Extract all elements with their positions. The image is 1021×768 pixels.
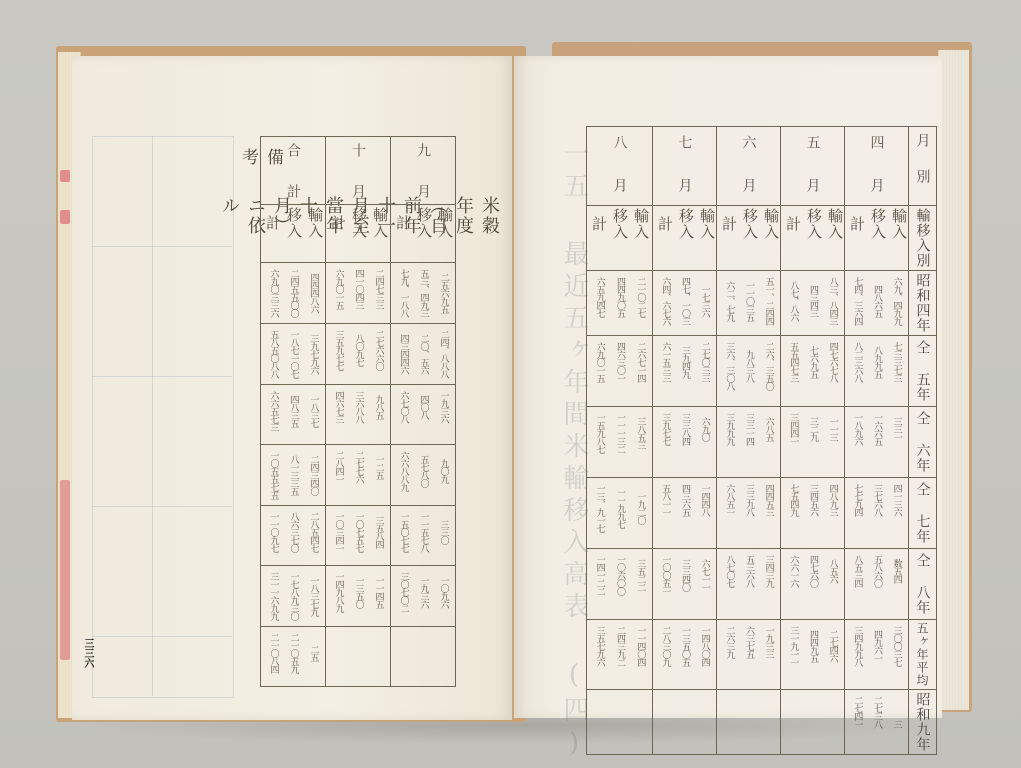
- data-cell: 六七一一三三四〇一〇〇五一: [653, 549, 717, 620]
- data-cell: 三五二二一〇六〇〇一四一二二: [587, 549, 653, 620]
- value-import: 六八五: [764, 413, 773, 445]
- value-transfer: 三三八四: [680, 413, 689, 445]
- subheader: 輸入 移入 計: [326, 205, 391, 263]
- subheader-total: 計: [783, 216, 804, 232]
- value-import: 二七六六〇: [374, 330, 383, 370]
- value-total: 五五四七三: [788, 342, 797, 382]
- data-cell: 一八三七九一七八九三〇三一一六九九: [261, 566, 326, 627]
- value-import: 四一三六: [892, 484, 901, 516]
- header-month-label: 月別: [913, 133, 933, 205]
- value-transfer: 八九九五: [872, 342, 881, 382]
- subheader-total: 計: [328, 215, 349, 231]
- value-transfer: 一八七一〇七: [289, 330, 298, 378]
- bleed-through-line: [92, 636, 232, 637]
- row-label-cell: 仝 七年: [909, 478, 937, 549]
- data-cell: [326, 627, 391, 687]
- value-import: 二六、三五〇: [764, 342, 773, 390]
- subheader-total: 計: [589, 216, 610, 232]
- table-row: 三九七九六一八七一〇七五八五〇八八 二七六六〇八〇九七三五九七七 二四、八八八二…: [261, 324, 456, 385]
- subheader-transfer: 移入: [284, 207, 305, 239]
- value-total: 一三、九一七: [595, 484, 604, 532]
- table-row: 二四三四〇八一三三五一〇五五七五 一二五二七七六二八四一 九〇九五七八〇六六八八…: [261, 445, 456, 506]
- value-transfer: 四六三〇一: [615, 342, 624, 382]
- data-cell: 三四三九五三六八八七〇七: [717, 549, 781, 620]
- data-cell: 三三〇一一五七八一五〇七七: [391, 506, 456, 566]
- subheader-import: 輸入: [305, 207, 326, 239]
- subheader-transfer: 移入: [610, 208, 631, 240]
- data-cell: 二七四六四四九五三一九一一: [781, 620, 845, 690]
- value-import: 三五八四: [374, 512, 383, 552]
- column-header-july: 七月: [653, 127, 717, 206]
- row-label-cell: 昭和九年: [909, 690, 937, 755]
- value-total: 一五九八七: [595, 413, 604, 453]
- value-transfer: 二一〇五九: [289, 633, 298, 673]
- subheader-import: 輸入: [761, 208, 782, 240]
- row-label-cell: 仝 六年: [909, 407, 937, 478]
- data-cell: 二六七一四四六三〇一六九〇一五: [587, 336, 653, 407]
- table-row: 四四四八六二四五五〇〇六九〇三三六 二四七三三四一〇四三六九〇一五 二五六九五五…: [261, 263, 456, 324]
- value-import: 二五: [309, 633, 318, 673]
- data-cell: 七三三七三八九九五八二三六八: [845, 336, 909, 407]
- row-label: 昭和四年: [913, 273, 933, 333]
- value-total: 六一五三三: [660, 342, 669, 382]
- value-transfer: 五七八〇: [419, 451, 428, 491]
- value-import: 一〇九六: [439, 572, 448, 612]
- data-cell: 一〇九六一九三六三〇七〇二: [391, 566, 456, 627]
- row-header-month-label: 月別: [909, 127, 937, 206]
- value-total: 六八五一: [724, 484, 733, 516]
- data-cell: [781, 690, 845, 755]
- value-total: 二一〇八四: [269, 633, 278, 673]
- value-import: 二六七一四: [635, 342, 644, 382]
- subheader-total: 計: [655, 216, 676, 232]
- value-transfer: 一〇六〇〇: [615, 555, 624, 595]
- subheader-import: 輸入: [435, 207, 456, 239]
- value-total: 三四四一: [788, 413, 797, 445]
- value-transfer: 二七三八: [872, 696, 881, 728]
- value-transfer: 五三、四九三: [419, 269, 428, 317]
- value-total: 三一九一一: [788, 626, 797, 666]
- value-transfer: 一〇七五七: [354, 512, 363, 552]
- value-import: 一四八〇四: [700, 626, 709, 666]
- data-cell: 六九、四九九四八六五七四、三六四: [845, 271, 909, 336]
- column-month-suffix: 計: [285, 184, 301, 199]
- table-row: 二八五四七八六三七〇一一〇九七 三五八四一〇七五七一〇三四一 三三〇一一五七八一…: [261, 506, 456, 566]
- value-total: 七七九四: [852, 484, 861, 516]
- row-label: 仝 八年: [913, 553, 933, 615]
- value-transfer: 七六九五: [808, 342, 817, 382]
- value-import: 一八三七: [309, 391, 318, 431]
- value-import: 一四四八: [700, 484, 709, 516]
- value-total: 三四九九八: [852, 626, 861, 666]
- column-month: 八: [612, 135, 628, 150]
- table-row: 一一四〇四二四三九二三五七九六 一四八〇四一三五〇五二八三〇九 一九三三六三七五…: [587, 620, 937, 690]
- subheader-transfer: 移入: [349, 207, 370, 239]
- red-edge-stain: [60, 210, 70, 224]
- value-transfer: 九八三八: [744, 342, 753, 390]
- value-import: 二一〇二七: [635, 277, 644, 317]
- value-total: 一八九六: [852, 413, 861, 445]
- subheader-import: 輸入: [825, 208, 846, 240]
- column-month: 合: [285, 143, 301, 158]
- data-cell: [391, 627, 456, 687]
- column-month: 六: [741, 135, 757, 150]
- column-month-suffix: 月: [350, 184, 366, 199]
- column-header-august: 八月: [587, 127, 653, 206]
- subheader: 輸入 移入 計: [261, 205, 326, 263]
- subheader-total: 計: [393, 215, 414, 231]
- subheader: 輸入移入計: [781, 206, 845, 271]
- value-import: 一九三六: [439, 391, 448, 423]
- red-edge-stain: [60, 170, 70, 182]
- value-import: 三九七九六: [309, 330, 318, 378]
- column-header-october: 十月: [326, 137, 391, 205]
- table-row: 二五二一〇五九二一〇八四: [261, 627, 456, 687]
- data-cell: 三〇〇三七四九六一三四九九八: [845, 620, 909, 690]
- subheader-import: 輸入: [889, 208, 910, 240]
- header-type-label: 輸移入別: [913, 208, 933, 268]
- value-total: 一四一二二: [595, 555, 604, 595]
- value-transfer: 一六六五: [872, 413, 881, 445]
- table-row: 一九二〇一一九九七一三、九一七 一四四八四三六五五八一一 四四五三三三九八六八五…: [587, 478, 937, 549]
- data-cell: 一一三三二九三四四一: [781, 407, 845, 478]
- subheader: 輸入移入計: [845, 206, 909, 271]
- data-cell: 二一〇二七四四九〇五六五九四七: [587, 271, 653, 336]
- data-cell: 三五八四一〇七五七一〇三四一: [326, 506, 391, 566]
- page-number: 三三六: [80, 638, 95, 668]
- data-cell: 九八五三六八八四六七三: [326, 385, 391, 445]
- data-cell: 九〇九五七八〇六六八八九: [391, 445, 456, 506]
- row-label: 昭和九年: [913, 692, 933, 752]
- column-month: 九: [415, 143, 431, 158]
- value-transfer: 一一〇三五: [744, 277, 753, 325]
- value-transfer: 八〇九七: [354, 330, 363, 370]
- value-total: 八七、八六: [788, 277, 797, 325]
- value-total: 六六五七三: [269, 391, 278, 431]
- value-import: 四四五三: [764, 484, 773, 516]
- data-cell: 三二七三八二七四一: [845, 690, 909, 755]
- data-cell: 二六、三五〇九八三八三六、三〇八: [717, 336, 781, 407]
- value-transfer: 五三六八: [744, 555, 753, 587]
- value-transfer: 三三四〇: [680, 555, 689, 595]
- data-cell: 三三一一六六五一八九六: [845, 407, 909, 478]
- value-total: 三一一六九九: [269, 572, 278, 620]
- table-row: 二六七一四四六三〇一六九〇一五 二七〇三三三九四九六一五三三 二六、三五〇九八三…: [587, 336, 937, 407]
- subheader-import: 輸入: [370, 207, 391, 239]
- value-total: 六七〇八: [399, 391, 408, 423]
- table-row: 一八三七四八三五六六五七三 九八五三六八八四六七三 一九三六四〇八六七〇八: [261, 385, 456, 445]
- value-import: 二五六九五: [439, 269, 448, 317]
- value-import: 一一四〇四: [635, 626, 644, 666]
- value-transfer: 三三一四: [744, 413, 753, 445]
- value-transfer: 一九三六: [419, 572, 428, 612]
- data-cell: 六八五三三一四三九九九: [717, 407, 781, 478]
- data-cell: 二五六九五五三、四九三七九、一八八: [391, 263, 456, 324]
- value-transfer: 四一〇四三: [354, 269, 363, 309]
- data-cell: 二七六六〇八〇九七三五九七七: [326, 324, 391, 385]
- subheader: 輸入 移入 計: [391, 205, 456, 263]
- value-total: 六六一六: [788, 555, 797, 587]
- value-import: 六七一一: [700, 555, 709, 595]
- value-transfer: 一一九九七: [615, 484, 624, 532]
- value-total: 二八三〇九: [660, 626, 669, 666]
- column-month-suffix: 月: [741, 178, 757, 193]
- row-label: 仝 六年: [913, 411, 933, 473]
- value-import: 二八五四七: [309, 512, 318, 552]
- value-transfer: 二七七六: [354, 451, 363, 483]
- value-transfer: 三三九八: [744, 484, 753, 516]
- value-import: 一一四五: [374, 572, 383, 612]
- data-cell: 一一四〇四二四三九二三五七九六: [587, 620, 653, 690]
- subheader-total: 計: [263, 215, 284, 231]
- table-row: 三二七三八二七四一 昭和九年: [587, 690, 937, 755]
- data-cell: 四四四八六二四五五〇〇六九〇三三六: [261, 263, 326, 324]
- value-transfer: 一一五七八: [419, 512, 428, 552]
- value-import: 三八五三: [635, 413, 644, 453]
- subheader-import: 輸入: [631, 208, 652, 240]
- value-import: 二七四六: [828, 626, 837, 666]
- value-total: 七九、一八八: [399, 269, 408, 317]
- value-import: 二七〇三三: [700, 342, 709, 382]
- value-total: 六六八八九: [399, 451, 408, 491]
- row-label: 五ヶ年平均: [914, 622, 931, 687]
- value-import: 九〇九: [439, 451, 448, 491]
- data-cell: 一七三六四七、一〇三六四、六七六: [653, 271, 717, 336]
- value-import: 六九、四九九: [892, 277, 901, 325]
- table-row: 三五二二一〇六〇〇一四一二二 六七一一三三四〇一〇〇五一 三四三九五三六八八七〇…: [587, 549, 937, 620]
- data-cell: 八三、八四三四三四三八七、八六: [781, 271, 845, 336]
- right-ledger-table: 八月 七月 六月 五月 四月 月別 輸入移入計 輸入移入計 輸入移入計 輸入移入…: [586, 126, 937, 755]
- value-import: 八五六: [828, 555, 837, 587]
- value-transfer: 八一三三五: [289, 451, 298, 499]
- value-import: 二四、八八八: [439, 330, 448, 378]
- column-month-suffix: 月: [805, 178, 821, 193]
- column-month: 五: [805, 135, 821, 150]
- data-cell: 四一三六三七六八七七九四: [845, 478, 909, 549]
- value-import: 三: [892, 720, 901, 728]
- data-cell: 一四八〇四一三五〇五二八三〇九: [653, 620, 717, 690]
- row-label: 仝 五年: [913, 340, 933, 402]
- subheader-total: 計: [847, 216, 868, 232]
- value-transfer: 三六八八: [354, 391, 363, 423]
- value-total: 一〇三四一: [334, 512, 343, 552]
- value-total: 三〇七〇二: [399, 572, 408, 612]
- value-import: 四四四八六: [309, 269, 318, 317]
- row-label-cell: 昭和四年: [909, 271, 937, 336]
- column-month: 十: [350, 143, 366, 158]
- value-transfer: 四八六五: [872, 277, 881, 325]
- column-month-suffix: 月: [869, 178, 885, 193]
- red-edge-stain: [60, 480, 70, 660]
- data-cell: 一一四五一三五〇一四九八九: [326, 566, 391, 627]
- table-row: 三八五三一一一三二一五九八七 六九〇三三八四三九七七 六八五三三一四三九九九 一…: [587, 407, 937, 478]
- value-transfer: 四三六五: [680, 484, 689, 516]
- value-transfer: 四〇八: [419, 391, 428, 423]
- value-transfer: 三九四九: [680, 342, 689, 382]
- value-total: 四六七三: [334, 391, 343, 423]
- data-cell: [653, 690, 717, 755]
- value-total: 三五七九六: [595, 626, 604, 666]
- subheader-total: 計: [719, 216, 740, 232]
- data-cell: 四七六七八七六九五五五四七三: [781, 336, 845, 407]
- table-row: 一八三七九一七八九三〇三一一六九九 一一四五一三五〇一四九八九 一〇九六一九三六…: [261, 566, 456, 627]
- subheader-transfer: 移入: [868, 208, 889, 240]
- value-transfer: 四七、一〇三: [680, 277, 689, 325]
- subheader: 輸入移入計: [717, 206, 781, 271]
- value-import: 八三、八四三: [828, 277, 837, 325]
- value-import: 三五二二: [635, 555, 644, 595]
- value-transfer: 六三七五: [744, 626, 753, 658]
- value-transfer: 四四九五: [808, 626, 817, 666]
- value-total: 七五四九: [788, 484, 797, 516]
- value-total: 一四九八九: [334, 572, 343, 612]
- subheader-transfer: 移入: [804, 208, 825, 240]
- bleed-through-line: [152, 136, 153, 696]
- value-transfer: 一三五〇: [354, 572, 363, 612]
- value-import: 一八三七九: [309, 572, 318, 620]
- data-cell: 四八九三三四五六七五四九: [781, 478, 845, 549]
- table-row: 二一〇二七四四九〇五六五九四七 一七三六四七、一〇三六四、六七六 五一、二四四一…: [587, 271, 937, 336]
- value-import: 七三三七三: [892, 342, 901, 382]
- value-transfer: 二四五五〇〇: [289, 269, 298, 317]
- column-month-suffix: 月: [415, 184, 431, 199]
- value-import: 五一、二四四: [764, 277, 773, 325]
- row-label: 仝 七年: [913, 482, 933, 544]
- value-transfer: 八六三七〇: [289, 512, 298, 552]
- value-total: 一〇〇五一: [660, 555, 669, 595]
- data-cell: 四四五三三三九八六八五一: [717, 478, 781, 549]
- value-import: 数五四: [892, 555, 901, 587]
- data-cell: 二四、八八八二〇、五六四三四四六: [391, 324, 456, 385]
- value-import: 三四三九: [764, 555, 773, 587]
- data-cell: 一九二〇一一九九七一三、九一七: [587, 478, 653, 549]
- column-header-june: 六月: [717, 127, 781, 206]
- value-transfer: 四七六〇: [808, 555, 817, 587]
- subheader-transfer: 移入: [676, 208, 697, 240]
- column-month: 七: [677, 135, 693, 150]
- value-import: 三〇〇三七: [892, 626, 901, 666]
- value-import: 四八九三: [828, 484, 837, 516]
- value-total: 七四、三六四: [852, 277, 861, 325]
- bleed-through-line: [92, 246, 232, 247]
- value-total: 二六三九: [724, 626, 733, 658]
- value-total: 五八一一: [660, 484, 669, 516]
- subheader-transfer: 移入: [740, 208, 761, 240]
- value-transfer: 四八三五: [289, 391, 298, 431]
- value-transfer: 三二九: [808, 413, 817, 445]
- data-cell: 三八五三一一一三二一五九八七: [587, 407, 653, 478]
- value-import: 一七三六: [700, 277, 709, 325]
- data-cell: 一二五二七七六二八四一: [326, 445, 391, 506]
- value-total: 五八五〇八八: [269, 330, 278, 378]
- data-cell: 五一、二四四一一〇三五六二、七九: [717, 271, 781, 336]
- value-transfer: 四四九〇五: [615, 277, 624, 317]
- value-import: 三三一: [892, 413, 901, 445]
- data-cell: [717, 690, 781, 755]
- data-cell: 一九三六四〇八六七〇八: [391, 385, 456, 445]
- value-total: 三六、三〇八: [724, 342, 733, 390]
- column-month: 四: [869, 135, 885, 150]
- value-transfer: 一三五〇五: [680, 626, 689, 666]
- data-cell: [587, 690, 653, 755]
- column-header-september: 九月: [391, 137, 456, 205]
- right-page-edges: [938, 50, 969, 710]
- value-import: 四七六七八: [828, 342, 837, 382]
- value-total: 三九七七: [660, 413, 669, 445]
- value-total: 三九九九: [724, 413, 733, 445]
- data-cell: 二四七三三四一〇四三六九〇一五: [326, 263, 391, 324]
- value-import: 九八五: [374, 391, 383, 423]
- value-transfer: 四九六一: [872, 626, 881, 666]
- subheader: 輸入移入計: [653, 206, 717, 271]
- value-import: 一九三三: [764, 626, 773, 658]
- value-total: 一一〇九七: [269, 512, 278, 552]
- column-month-suffix: 月: [612, 178, 628, 193]
- data-cell: 一九三三六三七五二六三九: [717, 620, 781, 690]
- row-label-cell: 五ヶ年平均: [909, 620, 937, 690]
- value-transfer: 二〇、五六: [419, 330, 428, 378]
- data-cell: 三九七九六一八七一〇七五八五〇八八: [261, 324, 326, 385]
- value-total: 六四、六七六: [660, 277, 669, 325]
- value-total: 八五三四: [852, 555, 861, 587]
- value-total: 三五九七七: [334, 330, 343, 370]
- row-label-cell: 仝 五年: [909, 336, 937, 407]
- value-total: 八二三六八: [852, 342, 861, 382]
- data-cell: 二五二一〇五九二一〇八四: [261, 627, 326, 687]
- subheader-import: 輸入: [697, 208, 718, 240]
- value-transfer: 四三四三: [808, 277, 817, 325]
- column-header-total: 合計: [261, 137, 326, 205]
- row-header-type-label: 輸移入別: [909, 206, 937, 271]
- value-transfer: 二四三九二: [615, 626, 624, 666]
- value-total: 六九〇三三六: [269, 269, 278, 317]
- row-label-cell: 仝 八年: [909, 549, 937, 620]
- value-total: 一五〇七七: [399, 512, 408, 552]
- value-import: 二四七三三: [374, 269, 383, 309]
- value-transfer: 五八六〇: [872, 555, 881, 587]
- left-ledger-table: 合計 十月 九月 輸入 移入 計 輸入 移入 計 輸入 移入 計: [260, 136, 456, 687]
- data-cell: 二七〇三三三九四九六一五三三: [653, 336, 717, 407]
- column-month-suffix: 月: [677, 178, 693, 193]
- value-total: 四三四四六: [399, 330, 408, 378]
- bleed-through-line: [92, 376, 232, 377]
- data-cell: 二四三四〇八一三三五一〇五五七五: [261, 445, 326, 506]
- value-total: 二八四一: [334, 451, 343, 483]
- value-total: 六九〇一五: [595, 342, 604, 382]
- value-import: 一一三: [828, 413, 837, 445]
- bleed-through-line: [92, 506, 232, 507]
- value-import: 三三〇: [439, 512, 448, 552]
- value-total: 一〇五五七五: [269, 451, 278, 499]
- value-transfer: 三七六八: [872, 484, 881, 516]
- subheader: 輸入移入計: [587, 206, 653, 271]
- value-total: 二七四一: [852, 696, 861, 728]
- subheader-transfer: 移入: [414, 207, 435, 239]
- value-import: 一二五: [374, 451, 383, 483]
- bleed-through-grid: [92, 136, 234, 698]
- value-import: 六九〇: [700, 413, 709, 445]
- column-header-april: 四月: [845, 127, 909, 206]
- value-total: 六二、七九: [724, 277, 733, 325]
- data-cell: 二八五四七八六三七〇一一〇九七: [261, 506, 326, 566]
- data-cell: 一四四八四三六五五八一一: [653, 478, 717, 549]
- column-header-may: 五月: [781, 127, 845, 206]
- value-transfer: 一七八九三〇: [289, 572, 298, 620]
- value-total: 六九〇一五: [334, 269, 343, 309]
- data-cell: 数五四五八六〇八五三四: [845, 549, 909, 620]
- value-total: 六五九四七: [595, 277, 604, 317]
- data-cell: 六九〇三三八四三九七七: [653, 407, 717, 478]
